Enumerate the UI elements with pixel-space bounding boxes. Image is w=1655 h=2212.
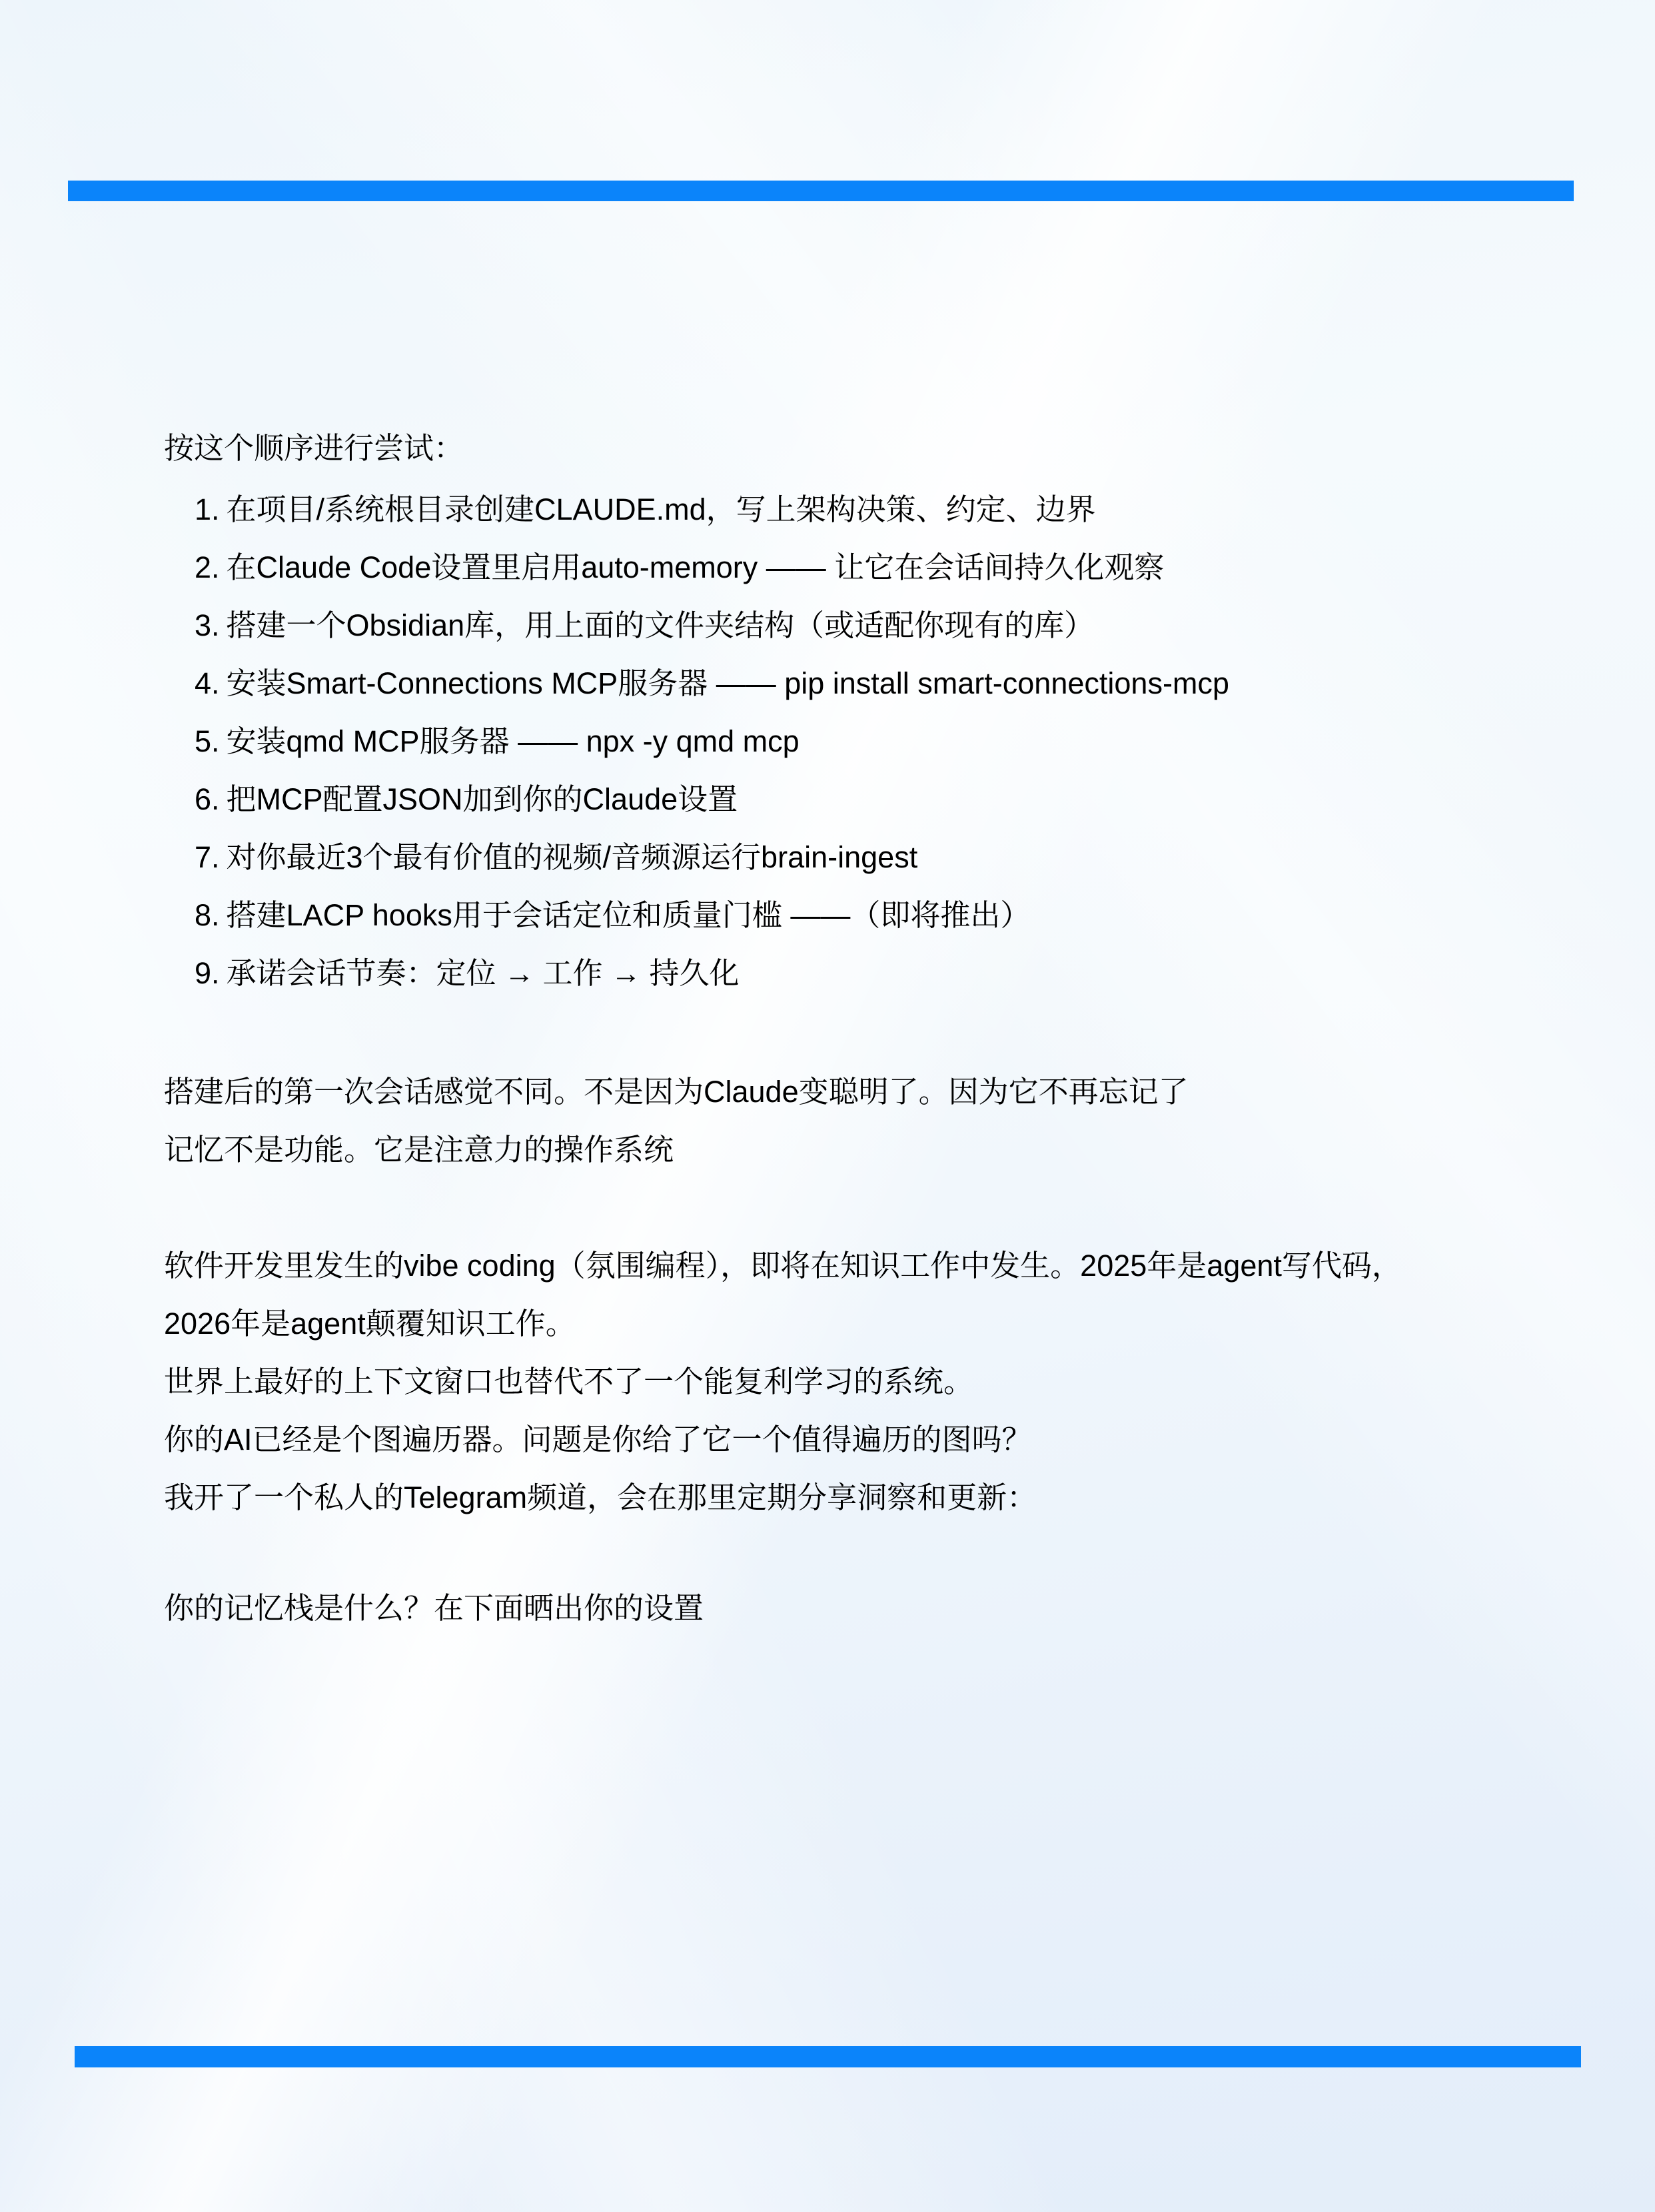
paragraph-line: 你的AI已经是个图遍历器。问题是你给了它一个值得遍历的图吗？ [164,1410,1570,1468]
content: 按这个顺序进行尝试： 1.在项目/系统根目录创建CLAUDE.md，写上架构决策… [164,419,1570,1637]
page: 按这个顺序进行尝试： 1.在项目/系统根目录创建CLAUDE.md，写上架构决策… [0,0,1655,2212]
step-item: 7.对你最近3个最有价值的视频/音频源运行brain-ingest [164,828,1570,886]
paragraph-line: 2026年是agent颠覆知识工作。 [164,1295,1570,1353]
step-list: 1.在项目/系统根目录创建CLAUDE.md，写上架构决策、约定、边界 2.在C… [164,480,1570,1002]
bottom-divider-bar [75,2046,1581,2067]
step-text: 搭建LACP hooks用于会话定位和质量门槛 ——（即将推出） [227,898,1031,932]
paragraph-line: 软件开发里发生的vibe coding（氛围编程），即将在知识工作中发生。202… [164,1237,1570,1295]
step-item: 4.安装Smart-Connections MCP服务器 —— pip inst… [164,654,1570,712]
paragraph-line: 你的记忆栈是什么？在下面晒出你的设置 [164,1579,1570,1637]
step-item: 8.搭建LACP hooks用于会话定位和质量门槛 ——（即将推出） [164,886,1570,944]
paragraph-vibe-coding: 软件开发里发生的vibe coding（氛围编程），即将在知识工作中发生。202… [164,1237,1570,1526]
paragraph-line: 世界上最好的上下文窗口也替代不了一个能复利学习的系统。 [164,1353,1570,1410]
paragraph-line: 搭建后的第一次会话感觉不同。不是因为Claude变聪明了。因为它不再忘记了 [164,1063,1570,1121]
step-text: 把MCP配置JSON加到你的Claude设置 [227,782,738,816]
step-number: 6. [195,770,220,828]
paragraph-memory: 搭建后的第一次会话感觉不同。不是因为Claude变聪明了。因为它不再忘记了 记忆… [164,1063,1570,1179]
step-number: 2. [195,538,220,596]
step-number: 1. [195,480,220,538]
step-number: 9. [195,944,220,1002]
step-item: 3.搭建一个Obsidian库，用上面的文件夹结构（或适配你现有的库） [164,596,1570,654]
step-item: 5.安装qmd MCP服务器 —— npx -y qmd mcp [164,712,1570,770]
top-divider-bar [68,181,1574,201]
step-text: 安装Smart-Connections MCP服务器 —— pip instal… [227,666,1229,700]
step-text: 在Claude Code设置里启用auto-memory —— 让它在会话间持久… [227,550,1165,584]
paragraph-call-to-action: 你的记忆栈是什么？在下面晒出你的设置 [164,1579,1570,1637]
step-text: 安装qmd MCP服务器 —— npx -y qmd mcp [227,724,800,758]
paragraph-line: 我开了一个私人的Telegram频道，会在那里定期分享洞察和更新： [164,1468,1570,1526]
step-number: 4. [195,654,220,712]
step-text: 对你最近3个最有价值的视频/音频源运行brain-ingest [227,840,918,874]
step-item: 1.在项目/系统根目录创建CLAUDE.md，写上架构决策、约定、边界 [164,480,1570,538]
section-heading: 按这个顺序进行尝试： [164,419,1570,477]
step-text: 承诺会话节奏：定位 → 工作 → 持久化 [227,956,740,990]
step-number: 8. [195,886,220,944]
step-number: 5. [195,712,220,770]
step-number: 3. [195,596,220,654]
step-number: 7. [195,828,220,886]
step-item: 9.承诺会话节奏：定位 → 工作 → 持久化 [164,944,1570,1002]
step-text: 搭建一个Obsidian库，用上面的文件夹结构（或适配你现有的库） [227,608,1095,642]
step-item: 2.在Claude Code设置里启用auto-memory —— 让它在会话间… [164,538,1570,596]
step-item: 6.把MCP配置JSON加到你的Claude设置 [164,770,1570,828]
step-text: 在项目/系统根目录创建CLAUDE.md，写上架构决策、约定、边界 [227,492,1096,526]
paragraph-line: 记忆不是功能。它是注意力的操作系统 [164,1121,1570,1179]
